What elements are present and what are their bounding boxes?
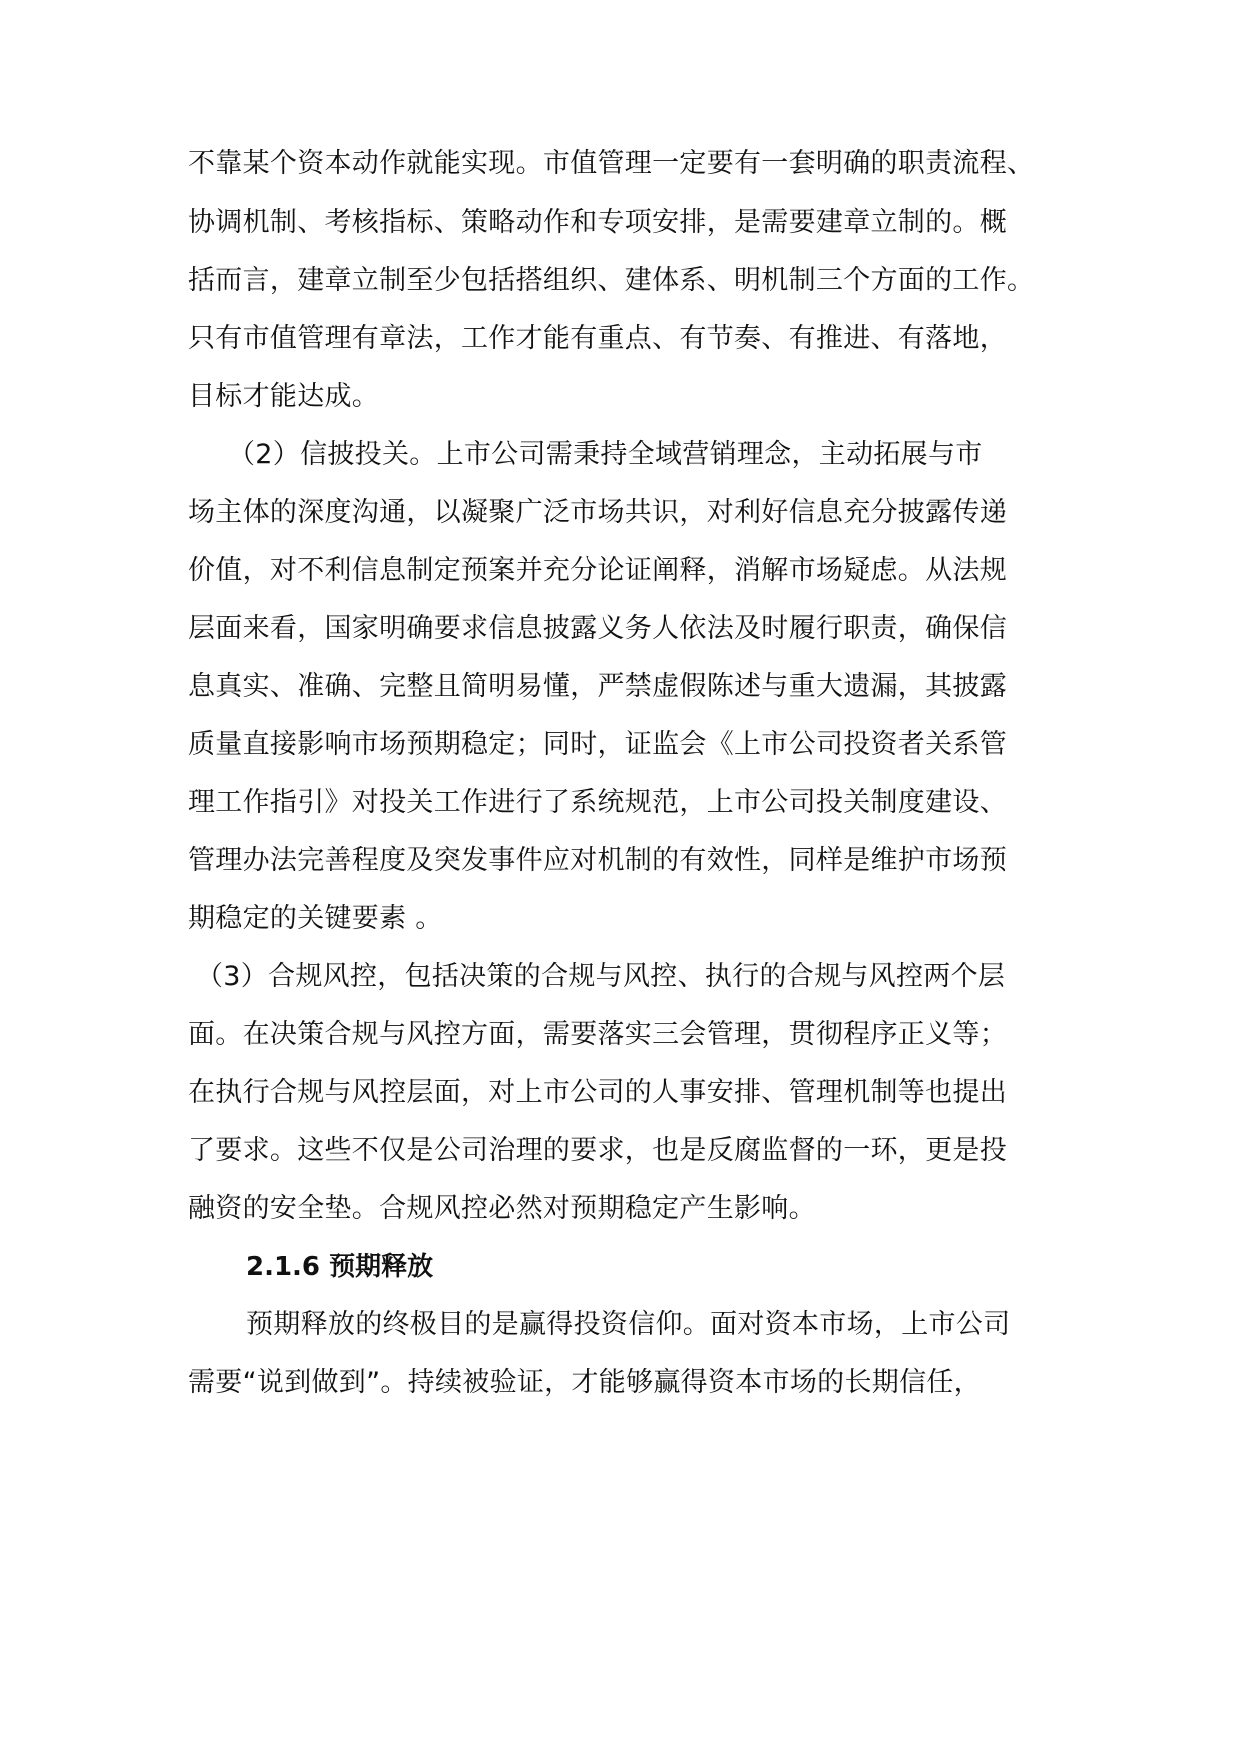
text-line: 层面来看，国家明确要求信息披露义务人依法及时履行职责，确保信 xyxy=(188,611,1088,647)
text-line: 场主体的深度沟通，以凝聚广泛市场共识，对利好信息充分披露传递 xyxy=(188,495,1088,531)
text-line: 息真实、准确、完整且简明易懂，严禁虚假陈述与重大遗漏，其披露 xyxy=(188,669,1088,705)
text-line: 期稳定的关键要素 。 xyxy=(188,901,1088,937)
text-line: 理工作指引》对投关工作进行了系统规范，上市公司投关制度建设、 xyxy=(188,785,1088,821)
text-line: 融资的安全垫。合规风控必然对预期稳定产生影响。 xyxy=(188,1191,1088,1227)
text-line: 不靠某个资本动作就能实现。市值管理一定要有一套明确的职责流程、 xyxy=(188,146,1088,182)
text-line: 了要求。这些不仅是公司治理的要求，也是反腐监督的一环，更是投 xyxy=(188,1133,1088,1169)
section-heading: 2.1.6 预期释放 xyxy=(246,1249,433,1285)
text-line: （3）合规风控，包括决策的合规与风控、执行的合规与风控两个层 xyxy=(196,959,1096,995)
text-line: 目标才能达成。 xyxy=(188,379,1088,415)
text-line: 协调机制、考核指标、策略动作和专项安排，是需要建章立制的。概 xyxy=(188,205,1088,241)
text-line: 只有市值管理有章法，工作才能有重点、有节奏、有推进、有落地， xyxy=(188,321,1088,357)
text-line: 价值，对不利信息制定预案并充分论证阐释，消解市场疑虑。从法规 xyxy=(188,553,1088,589)
document-page: 不靠某个资本动作就能实现。市值管理一定要有一套明确的职责流程、 协调机制、考核指… xyxy=(0,0,1240,1754)
text-line: 需要“说到做到”。持续被验证，才能够赢得资本市场的长期信任， xyxy=(188,1365,1088,1401)
text-line: （2）信披投关。上市公司需秉持全域营销理念，主动拓展与市 xyxy=(228,437,1128,473)
text-line: 预期释放的终极目的是赢得投资信仰。面对资本市场，上市公司 xyxy=(246,1307,1146,1343)
text-line: 在执行合规与风控层面，对上市公司的人事安排、管理机制等也提出 xyxy=(188,1075,1088,1111)
text-line: 管理办法完善程度及突发事件应对机制的有效性，同样是维护市场预 xyxy=(188,843,1088,879)
text-line: 质量直接影响市场预期稳定；同时，证监会《上市公司投资者关系管 xyxy=(188,727,1088,763)
text-line: 括而言，建章立制至少包括搭组织、建体系、明机制三个方面的工作。 xyxy=(188,263,1088,299)
text-line: 面。在决策合规与风控方面，需要落实三会管理，贯彻程序正义等； xyxy=(188,1017,1088,1053)
